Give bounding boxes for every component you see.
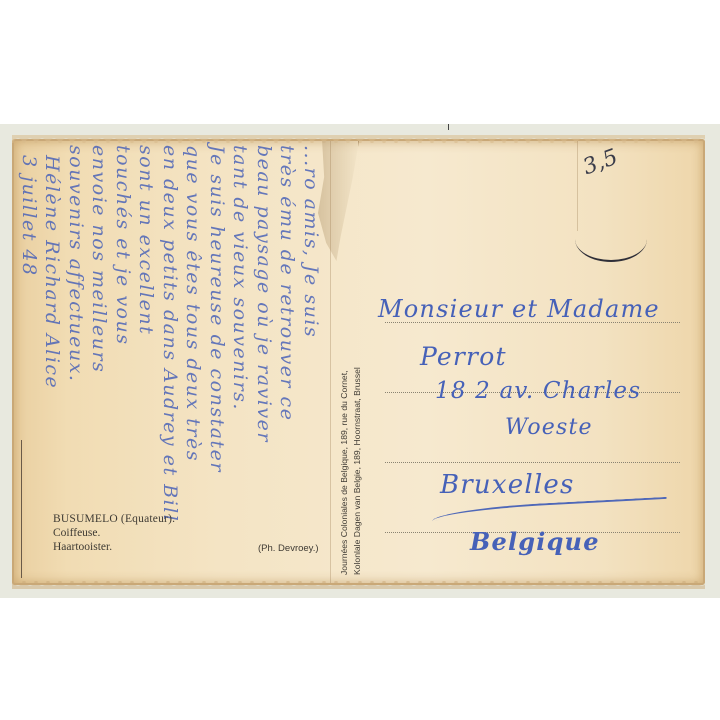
- message-line: que vous êtes tous deux très: [181, 145, 205, 565]
- publisher-imprint: Journées Coloniales de Belgique, 189, ru…: [338, 367, 363, 575]
- message-line: sont un excellent: [134, 145, 158, 565]
- address-street: 18 2 av. Charles: [435, 378, 641, 404]
- address-country: Belgique: [470, 527, 600, 556]
- address-recipient: Monsieur et Madame: [378, 295, 660, 323]
- message-line: ...ro amis, Je suis: [299, 145, 323, 565]
- message-line: souvenirs affectueux.: [64, 145, 88, 565]
- message-signature: Hélène Richard Alice: [40, 145, 64, 565]
- caption-french: Coiffeuse.: [53, 526, 175, 540]
- message-line: beau paysage où je raviver: [252, 145, 276, 565]
- address-street-cont: Woeste: [505, 415, 593, 440]
- message-line: Je suis heureuse de constater: [205, 145, 229, 565]
- printed-caption: BUSUMELO (Equateur). Coiffeuse. Haartooi…: [53, 512, 175, 554]
- scan-mark: [448, 124, 449, 130]
- handwritten-message: ...ro amis, Je suis très ému de retrouve…: [22, 145, 322, 565]
- message-line: en deux petits dans Audrey et Bill: [158, 145, 182, 565]
- message-line: très ému de retrouver ce: [275, 145, 299, 565]
- message-line: touchés et je vous: [111, 145, 135, 565]
- publisher-dutch: Kolonlale Dagen van Belgie, 189, Hoornst…: [351, 367, 364, 575]
- message-line: envoie nos meilleurs: [87, 145, 111, 565]
- caption-dutch: Haartooister.: [53, 540, 175, 554]
- message-line: tant de vieux souvenirs.: [228, 145, 252, 565]
- photo-credit: (Ph. Devroey.): [258, 543, 319, 554]
- crease-line: [330, 141, 331, 583]
- publisher-french: Journées Coloniales de Belgique, 189, ru…: [338, 367, 351, 575]
- address-city: Bruxelles: [440, 470, 575, 500]
- address-dotted-line: [385, 462, 680, 463]
- postmark-arc: [575, 205, 647, 262]
- caption-title: BUSUMELO (Equateur).: [53, 512, 175, 526]
- message-date: 3 juillet 48: [17, 145, 41, 565]
- address-surname: Perrot: [420, 342, 507, 371]
